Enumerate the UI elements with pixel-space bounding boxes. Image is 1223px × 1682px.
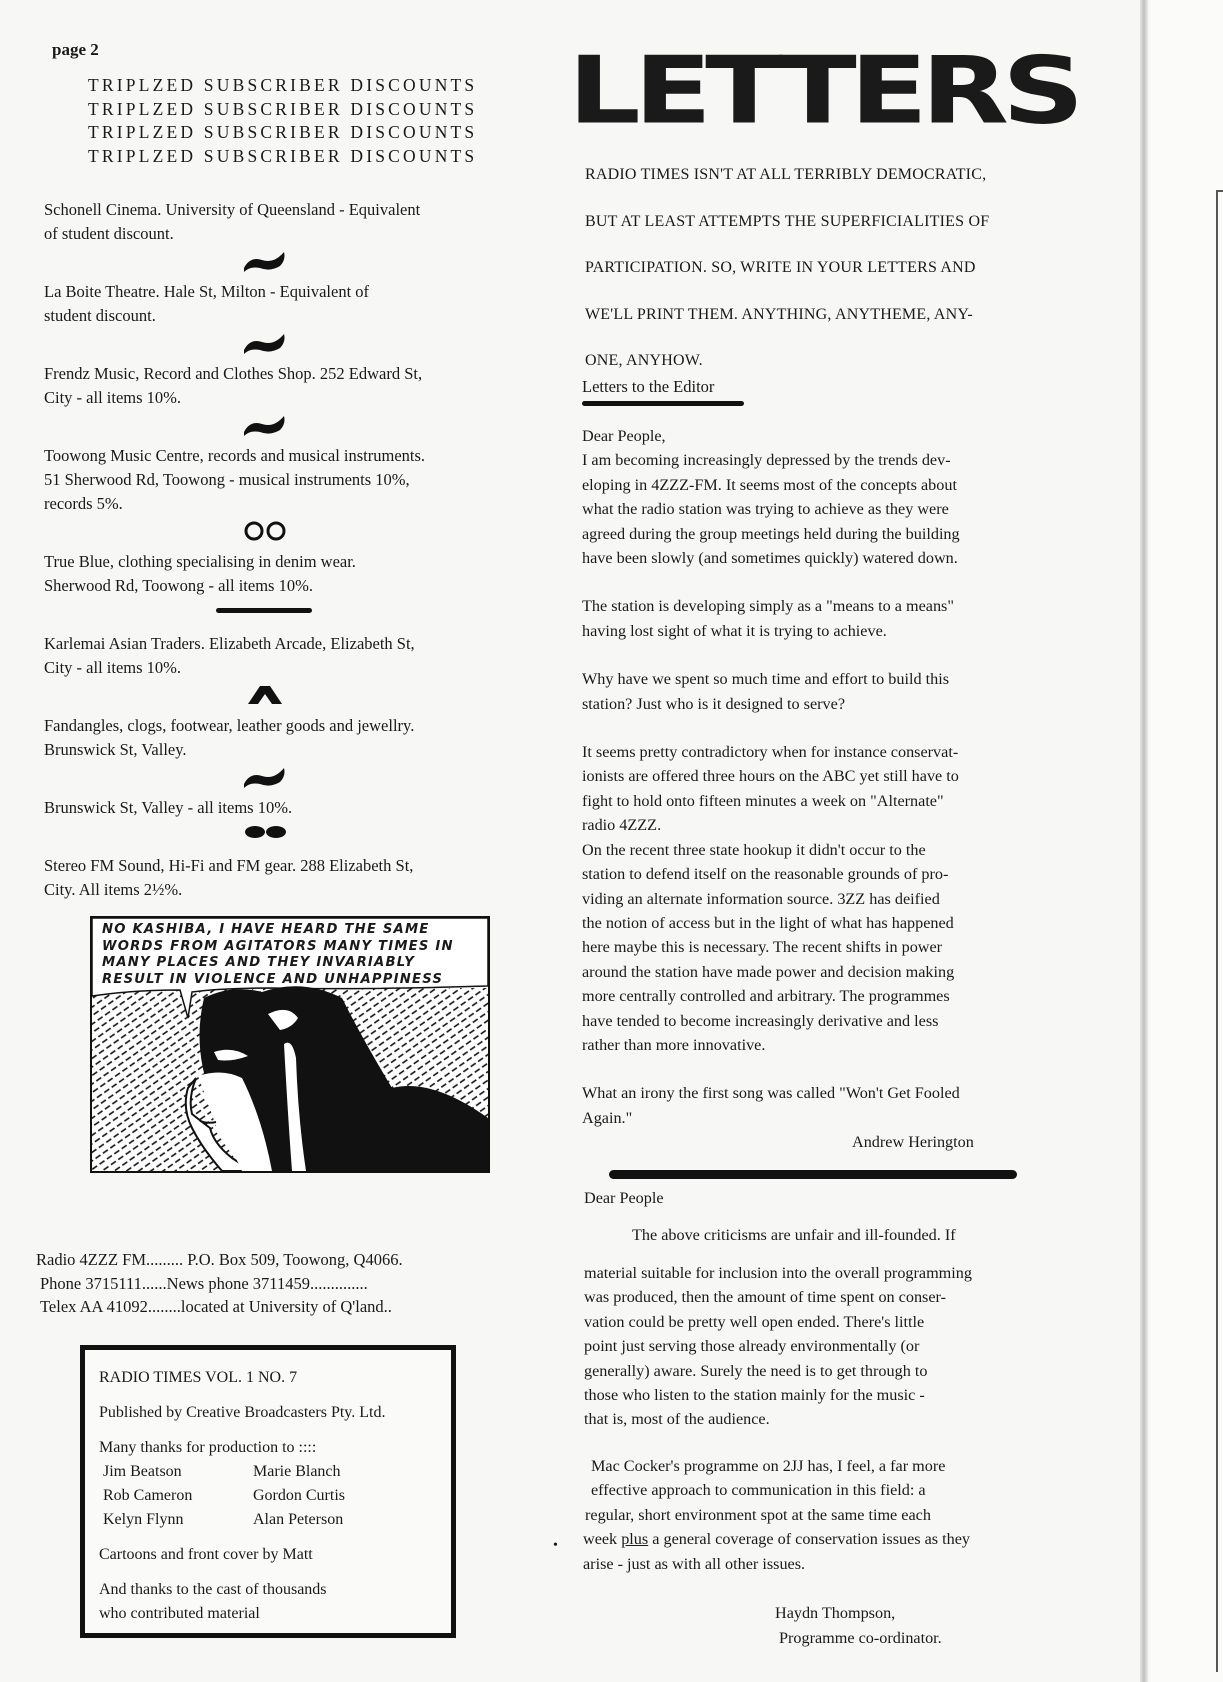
letter-line: Mac Cocker's programme on 2JJ has, I fee… [583,1454,1113,1478]
discount-entry: Fandangles, clogs, footwear, leather goo… [44,714,534,762]
discount-entry: Stereo FM Sound, Hi-Fi and FM gear. 288 … [44,854,534,902]
paragraph-gap [582,570,1082,594]
credit-name: Gordon Curtis [253,1484,433,1508]
paragraph-gap [582,716,1082,740]
section-label-text: Letters to the Editor [582,377,744,397]
thanks-line: And thanks to the cast of thousands [99,1578,451,1602]
letter-line: agreed during the group meetings held du… [582,522,1082,546]
letter-line: what the radio station was trying to ach… [582,497,1082,521]
letter-line: fight to hold onto fifteen minutes a wee… [582,789,1082,813]
letter-line: arise - just as with all other issues. [583,1552,1113,1576]
letter-line: It seems pretty contradictory when for i… [582,740,1082,764]
letter-line: effective approach to communication in t… [583,1478,1113,1502]
letter-line: have been slowly (and sometimes quickly)… [582,546,1082,570]
discount-entry-line: La Boite Theatre. Hale St, Milton - Equi… [44,280,534,304]
discounts-heading-line: TRIPLZED SUBSCRIBER DISCOUNTS [88,74,477,98]
credit-name: Alan Peterson [253,1508,433,1532]
credit-name: Jim Beatson [103,1460,253,1484]
letter-line: the notion of access but in the light of… [582,911,1082,935]
paragraph-gap [582,643,1082,667]
discount-entry-line: of student discount. [44,222,534,246]
letter-line: generally) aware. Surely the need is to … [584,1359,1104,1383]
letter-opener: The above criticisms are unfair and ill-… [584,1223,1104,1247]
discount-entry-line: City - all items 10%. [44,656,534,680]
discount-entry-line: records 5%. [44,492,534,516]
publisher: Published by Creative Broadcasters Pty. … [99,1401,451,1425]
letter-line: The station is developing simply as a "m… [582,594,1082,618]
letter-line: around the station have made power and d… [582,960,1082,984]
wave-ornament-icon [44,246,534,280]
discount-entry-line: Stereo FM Sound, Hi-Fi and FM gear. 288 … [44,854,534,878]
thanks-intro: Many thanks for production to :::: [99,1436,451,1460]
production-names: Jim Beatson Marie Blanch Rob Cameron Gor… [99,1460,451,1532]
paragraph-gap [582,1057,1082,1081]
comic-panel: NO KASHIBA, I HAVE HEARD THE SAME WORDS … [90,916,490,1173]
letter-line: viding an alternate information source. … [582,887,1082,911]
contact-phone: Phone 3715111......News phone 3711459...… [36,1272,403,1296]
intro-line: RADIO TIMES ISN'T AT ALL TERRIBLY DEMOCR… [585,152,1105,199]
letter-line: I am becoming increasingly depressed by … [582,448,1082,472]
speech-bubble: NO KASHIBA, I HAVE HEARD THE SAME WORDS … [92,918,488,990]
contact-address: Radio 4ZZZ FM......... P.O. Box 509, Too… [36,1248,403,1272]
discount-entry-line: Frendz Music, Record and Clothes Shop. 2… [44,362,534,386]
letter-paragraph: The station is developing simply as a "m… [582,594,1082,643]
discount-entry-line: student discount. [44,304,534,328]
discount-entry: Brunswick St, Valley - all items 10%. [44,796,534,820]
wave-ornament-icon [44,410,534,444]
signature-name: Haydn Thompson, [775,1601,942,1626]
letter-thompson-closing: Mac Cocker's programme on 2JJ has, I fee… [583,1454,1113,1576]
letter-line: have tended to become increasingly deriv… [582,1009,1082,1033]
signature-title: Programme co-ordinator. [775,1626,942,1651]
letter-line: On the recent three state hookup it didn… [582,838,1082,862]
thanks-line: who contributed material [99,1602,451,1626]
contact-telex: Telex AA 41092........located at Univers… [36,1295,403,1319]
underlined-word: plus [621,1530,648,1548]
intro-line: BUT AT LEAST ATTEMPTS THE SUPERFICIALITI… [585,199,1105,246]
section-underline [582,401,744,406]
letter-paragraph: It seems pretty contradictory when for i… [582,740,1082,1057]
adjacent-page-frame [1216,190,1223,1672]
credit-name: Marie Blanch [253,1460,433,1484]
letter-body: material suitable for inclusion into the… [584,1261,1104,1432]
discount-entry: Toowong Music Centre, records and musica… [44,444,534,516]
discount-entry: True Blue, clothing specialising in deni… [44,550,534,598]
discount-entry: Karlemai Asian Traders. Elizabeth Arcade… [44,632,534,680]
letter-thompson: Dear People The above criticisms are unf… [584,1186,1104,1432]
discount-entry: La Boite Theatre. Hale St, Milton - Equi… [44,280,534,328]
letter-line: regular, short environment spot at the s… [583,1503,1113,1527]
letter-line: ionists are offered three hours on the A… [582,764,1082,788]
discount-entry-line: Karlemai Asian Traders. Elizabeth Arcade… [44,632,534,656]
discounts-heading-line: TRIPLZED SUBSCRIBER DISCOUNTS [88,145,477,169]
credit-name: Rob Cameron [103,1484,253,1508]
letter-herington: Dear People,I am becoming increasingly d… [582,424,1082,1130]
discount-entry-line: City. All items 2½%. [44,878,534,902]
speech-line: NO KASHIBA, I HAVE HEARD THE SAME [102,922,488,939]
wave-ornament-icon [44,762,534,796]
letter-line: radio 4ZZZ. [582,813,1082,837]
letters-divider [609,1170,1017,1179]
letters-masthead: LETTERS [568,50,1133,131]
discount-list: Schonell Cinema. University of Queenslan… [44,198,534,902]
letter-line: here maybe this is necessary. The recent… [582,935,1082,959]
discount-entry-line: Fandangles, clogs, footwear, leather goo… [44,714,534,738]
letter-line: those who listen to the station mainly f… [584,1383,1104,1407]
bar-ornament-icon [44,598,534,632]
letter-line: What an irony the first song was called … [582,1081,1082,1105]
discount-entry-line: Toowong Music Centre, records and musica… [44,444,534,468]
letter-line: station? Just who is it designed to serv… [582,692,1082,716]
issue-title: RADIO TIMES VOL. 1 NO. 7 [99,1366,451,1390]
discounts-heading-line: TRIPLZED SUBSCRIBER DISCOUNTS [88,121,477,145]
discount-entry-line: Schonell Cinema. University of Queenslan… [44,198,534,222]
letter-line: vation could be pretty well open ended. … [584,1310,1104,1334]
cartoon-credit: Cartoons and front cover by Matt [99,1543,451,1567]
letter-line: Why have we spent so much time and effor… [582,667,1082,691]
credits-box: RADIO TIMES VOL. 1 NO. 7 Published by Cr… [80,1345,456,1638]
speech-line: MANY PLACES AND THEY INVARIABLY [102,955,488,972]
double-dot-ornament-icon [44,820,534,854]
letter-signature: Haydn Thompson, Programme co-ordinator. [775,1601,942,1651]
discount-entry: Frendz Music, Record and Clothes Shop. 2… [44,362,534,410]
discount-entry-line: 51 Sherwood Rd, Toowong - musical instru… [44,468,534,492]
letter-line: point just serving those already environ… [584,1334,1104,1358]
letter-line: Again." [582,1106,1082,1130]
station-contact-info: Radio 4ZZZ FM......... P.O. Box 509, Too… [36,1248,403,1319]
letter-line: rather than more innovative. [582,1033,1082,1057]
letter-salutation: Dear People [584,1186,1104,1210]
section-label: Letters to the Editor [582,377,744,406]
intro-line: WE'LL PRINT THEM. ANYTHING, ANYTHEME, AN… [585,292,1105,339]
letter-paragraph: I am becoming increasingly depressed by … [582,448,1082,570]
speech-line: RESULT IN VIOLENCE AND UNHAPPINESS [102,972,488,989]
discount-entry-line: Brunswick St, Valley. [44,738,534,762]
discounts-heading-line: TRIPLZED SUBSCRIBER DISCOUNTS [88,98,477,122]
letter-line: material suitable for inclusion into the… [584,1261,1104,1285]
discounts-heading: TRIPLZED SUBSCRIBER DISCOUNTS TRIPLZED S… [88,74,477,168]
letter-line: eloping in 4ZZZ-FM. It seems most of the… [582,473,1082,497]
discount-entry-line: True Blue, clothing specialising in deni… [44,550,534,574]
letter-line: was produced, then the amount of time sp… [584,1285,1104,1309]
intro-line: PARTICIPATION. SO, WRITE IN YOUR LETTERS… [585,245,1105,292]
page-fold-shadow [1140,0,1148,1682]
credit-name: Kelyn Flynn [103,1508,253,1532]
letter-signature: Andrew Herington [852,1133,974,1152]
discount-entry-line: Sherwood Rd, Toowong - all items 10%. [44,574,534,598]
adjacent-page-edge [1150,0,1223,1682]
discount-entry-line: City - all items 10%. [44,386,534,410]
wave-ornament-icon [44,328,534,362]
letter-line: more centrally controlled and arbitrary.… [582,984,1082,1008]
letter-salutation: Dear People, [582,424,1082,448]
letters-intro: RADIO TIMES ISN'T AT ALL TERRIBLY DEMOCR… [585,152,1105,385]
chevron-ornament-icon [44,680,534,714]
discount-entry-line: Brunswick St, Valley - all items 10%. [44,796,534,820]
speech-line: WORDS FROM AGITATORS MANY TIMES IN [102,939,488,956]
letter-line: station to defend itself on the reasonab… [582,862,1082,886]
letter-paragraph: What an irony the first song was called … [582,1081,1082,1130]
discount-entry: Schonell Cinema. University of Queenslan… [44,198,534,246]
page-number: page 2 [52,40,99,60]
double-circle-ornament-icon [44,516,534,550]
stray-mark: • [553,1538,558,1554]
letter-line: having lost sight of what it is trying t… [582,619,1082,643]
letter-paragraph: Why have we spent so much time and effor… [582,667,1082,716]
letter-line: that is, most of the audience. [584,1407,1104,1431]
letter-line: week plus a general coverage of conserva… [583,1527,1113,1551]
